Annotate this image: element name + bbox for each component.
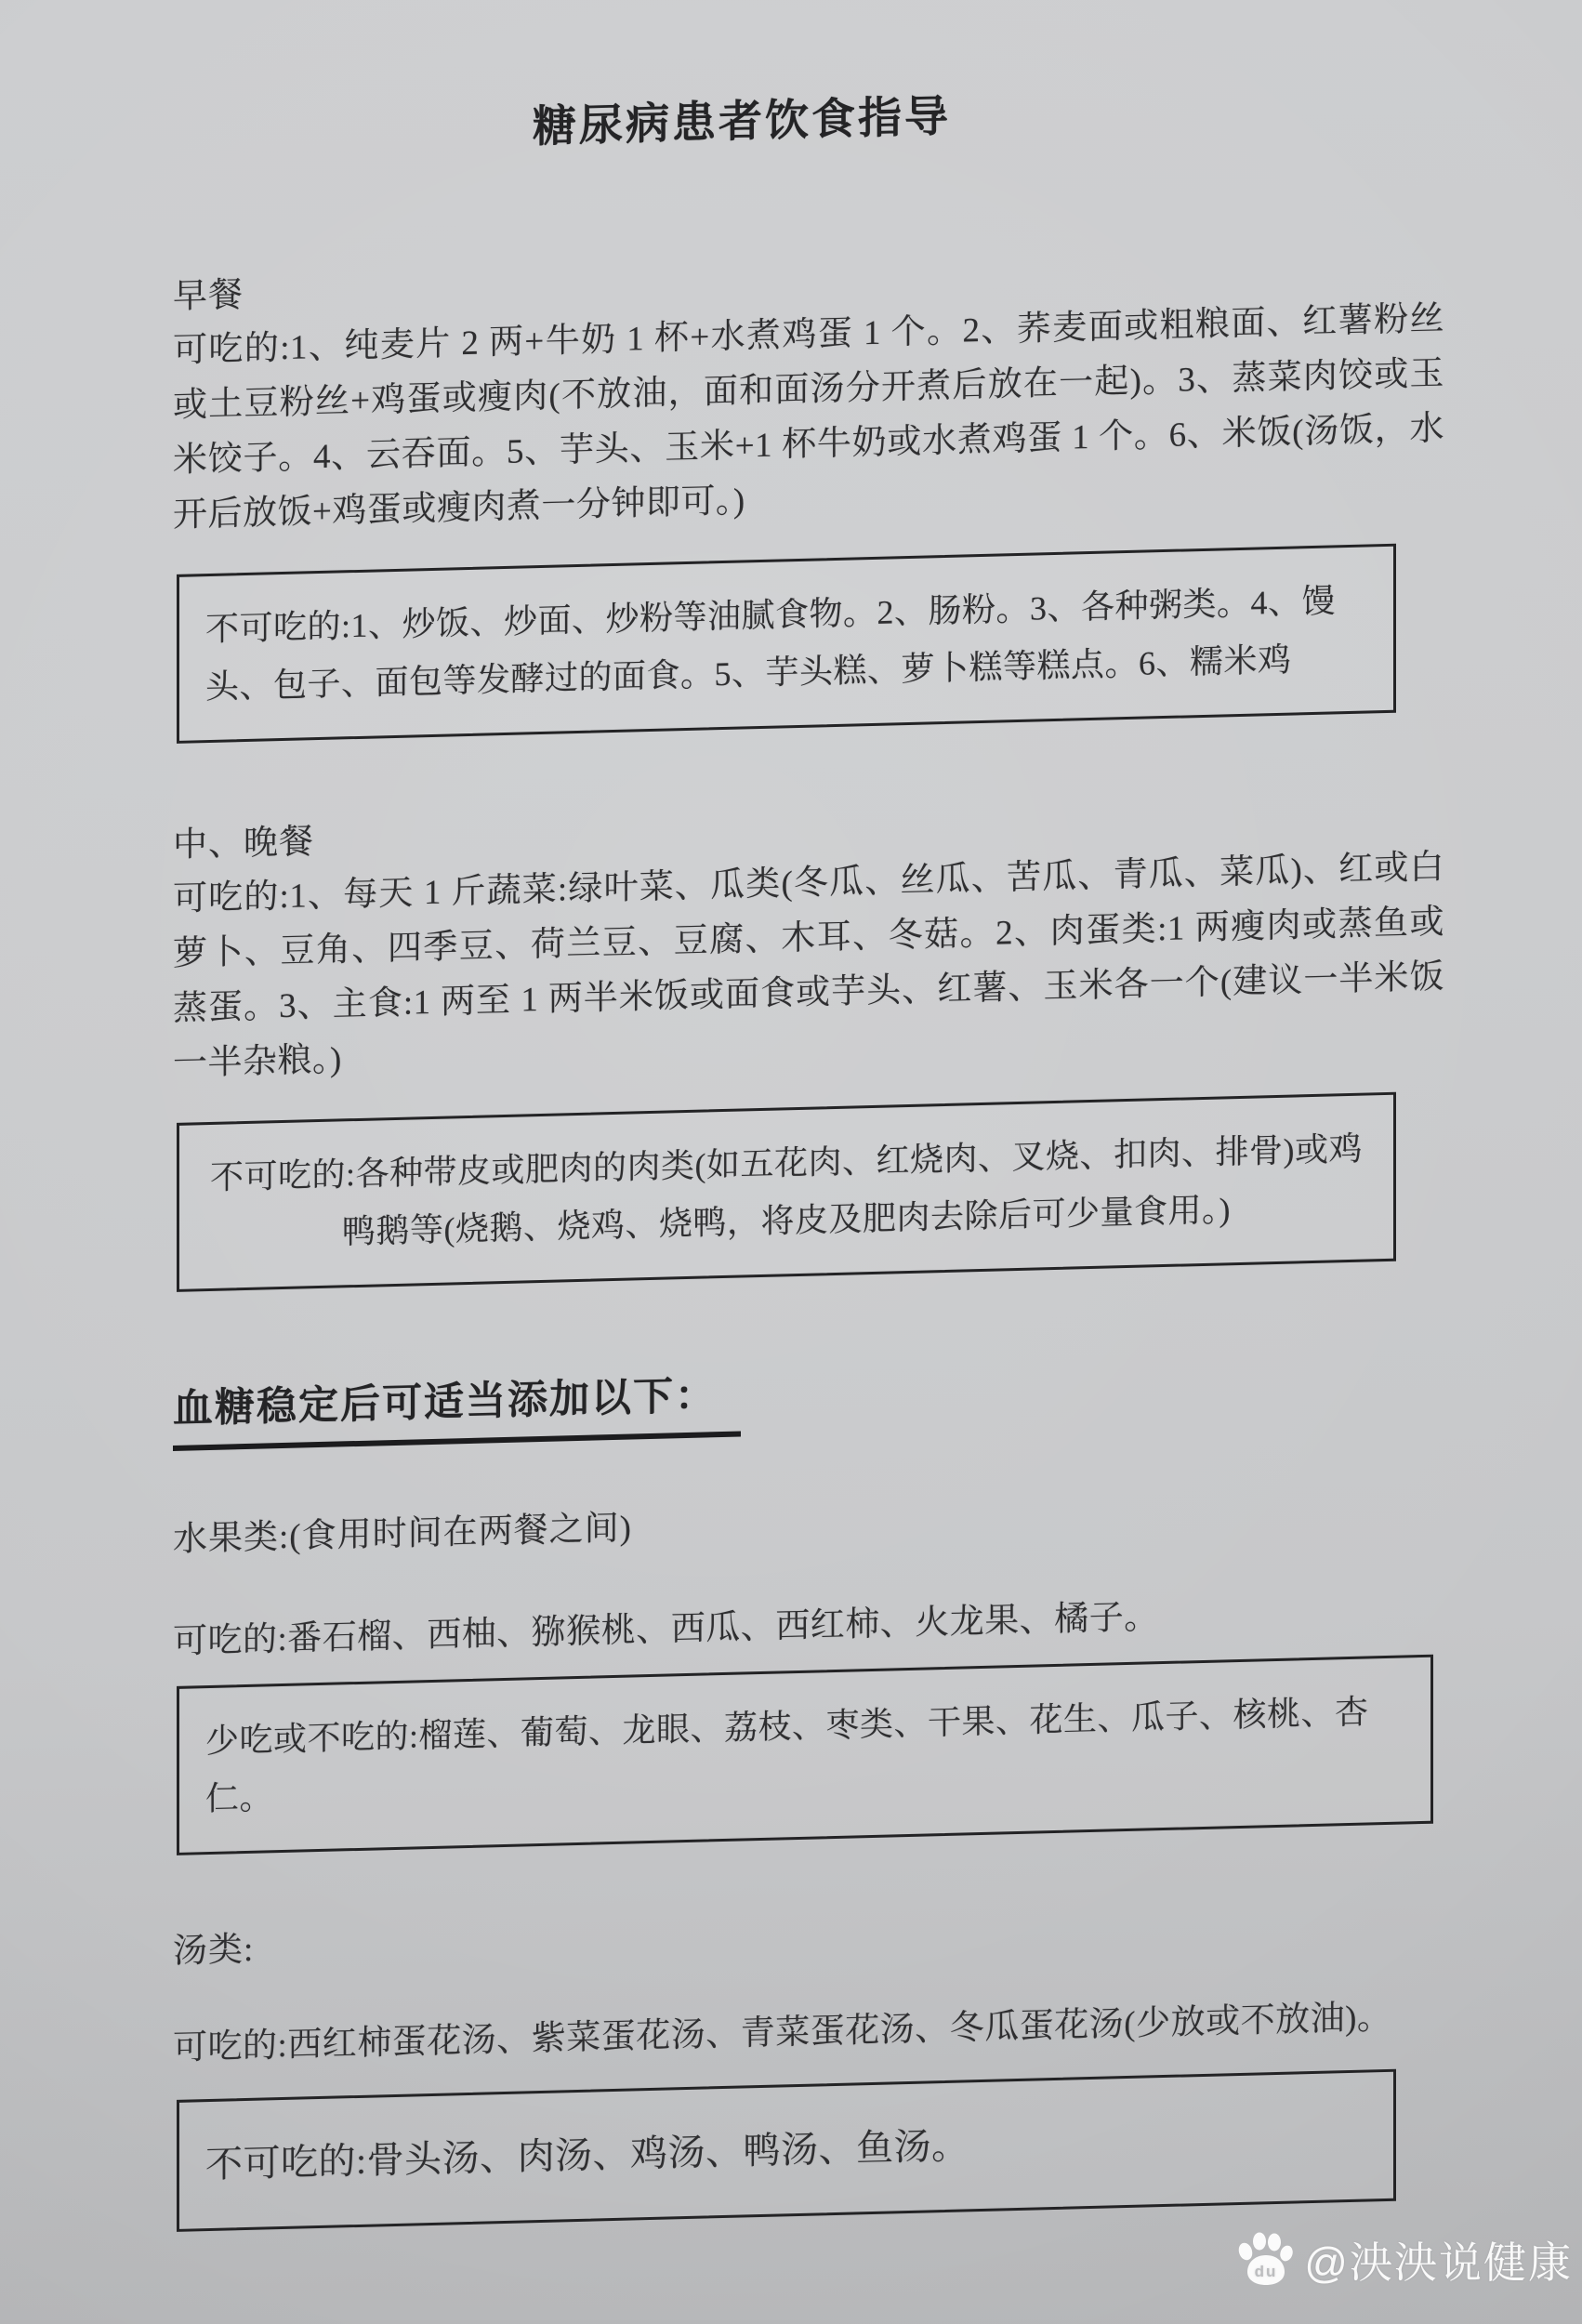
watermark: du @泱泱说健康 [1235, 2229, 1573, 2291]
baidu-paw-icon: du [1235, 2231, 1297, 2289]
lunch-dinner-forbidden-box: 不可吃的:各种带皮或肥肉的肉类(如五花肉、红烧肉、叉烧、扣肉、排骨)或鸡鸭鹅等(… [177, 1092, 1396, 1292]
page-title: 糖尿病患者饮食指导 [63, 70, 1420, 166]
lunch-dinner-forbidden-text: 不可吃的:各种带皮或肥肉的肉类(如五花肉、红烧肉、叉烧、扣肉、排骨)或鸡鸭鹅等(… [205, 1119, 1367, 1264]
section-fruits: 水果类:(食用时间在两餐之间) 可吃的:番石榴、西柚、猕猴桃、西瓜、西红柿、火龙… [63, 1479, 1420, 1858]
breakfast-forbidden-box: 不可吃的:1、炒饭、炒面、炒粉等油腻食物。2、肠粉。3、各种粥类。4、馒头、包子… [177, 544, 1396, 744]
soups-forbidden-box: 不可吃的:骨头汤、肉汤、鸡汤、鸭汤、鱼汤。 [177, 2069, 1396, 2232]
breakfast-allowed-text: 可吃的:1、纯麦片 2 两+牛奶 1 杯+水煮鸡蛋 1 个。2、荞麦面或粗粮面、… [173, 291, 1444, 543]
lunch-dinner-allowed-text: 可吃的:1、每天 1 斤蔬菜:绿叶菜、瓜类(冬瓜、丝瓜、苦瓜、青瓜、菜瓜)、红或… [173, 839, 1444, 1091]
section-soups: 汤类: 可吃的:西红柿蛋花汤、紫菜蛋花汤、青菜蛋花汤、冬瓜蛋花汤(少放或不放油)… [63, 1891, 1420, 2235]
watermark-handle: @泱泱说健康 [1304, 2229, 1573, 2291]
breakfast-forbidden-text: 不可吃的:1、炒饭、炒面、炒粉等油腻食物。2、肠粉。3、各种粥类。4、馒头、包子… [205, 571, 1367, 716]
paw-du-label: du [1255, 2263, 1278, 2280]
soups-heading: 汤类: [173, 1891, 1420, 1973]
fruits-limit-box: 少吃或不吃的:榴莲、葡萄、龙眼、荔枝、枣类、干果、花生、瓜子、核桃、杏仁。 [177, 1655, 1433, 1855]
fruits-limit-text: 少吃或不吃的:榴莲、葡萄、龙眼、荔枝、枣类、干果、花生、瓜子、核桃、杏仁。 [205, 1682, 1404, 1828]
fruits-allowed-text: 可吃的:番石榴、西柚、猕猴桃、西瓜、西红柿、火龙果、橘子。 [173, 1582, 1444, 1670]
section-lunch-dinner: 中、晚餐 可吃的:1、每天 1 斤蔬菜:绿叶菜、瓜类(冬瓜、丝瓜、苦瓜、青瓜、菜… [63, 785, 1420, 1295]
stable-glucose-heading: 血糖稳定后可适当添加以下： [173, 1346, 1420, 1451]
document-page: 糖尿病患者饮食指导 早餐 可吃的:1、纯麦片 2 两+牛奶 1 杯+水煮鸡蛋 1… [63, 0, 1420, 2235]
fruits-heading: 水果类:(食用时间在两餐之间) [173, 1479, 1420, 1561]
soups-allowed-text: 可吃的:西红柿蛋花汤、紫菜蛋花汤、青菜蛋花汤、冬瓜蛋花汤(少放或不放油)。 [173, 1988, 1444, 2076]
section-breakfast: 早餐 可吃的:1、纯麦片 2 两+牛奶 1 杯+水煮鸡蛋 1 个。2、荞麦面或粗… [63, 236, 1420, 746]
soups-forbidden-text: 不可吃的:骨头汤、肉汤、鸡汤、鸭汤、鱼汤。 [205, 2096, 1367, 2204]
